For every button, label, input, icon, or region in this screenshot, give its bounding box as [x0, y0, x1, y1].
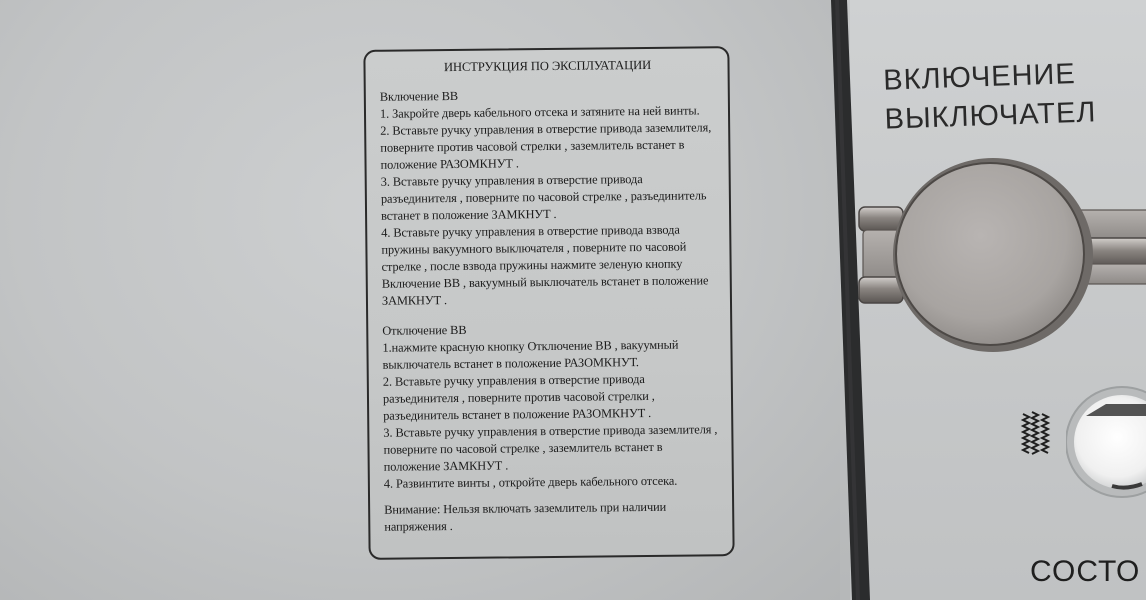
step: 3. Вставьте ручку управления в отверстие…: [383, 421, 720, 476]
step: 4. Вставьте ручку управления в отверстие…: [381, 221, 718, 310]
status-label: СОСТО: [1030, 555, 1140, 589]
step: 3. Вставьте ручку управления в отверстие…: [381, 170, 718, 225]
step: 1.нажмите красную кнопку Отключение ВВ ,…: [382, 336, 718, 374]
breaker-heading: ВКЛЮЧЕНИЕ ВЫКЛЮЧАТЕЛ: [883, 54, 1097, 139]
step: 2. Вставьте ручку управления в отверстие…: [380, 119, 717, 174]
status-indicator-window-icon: [1066, 386, 1146, 498]
step: 2. Вставьте ручку управления в отверстие…: [383, 370, 720, 425]
section-switch-on: Включение ВВ 1. Закройте дверь кабельног…: [380, 85, 718, 310]
spring-symbol-icon: [1020, 408, 1054, 460]
label-title: ИНСТРУКЦИЯ ПО ЭКСПЛУАТАЦИИ: [379, 56, 715, 77]
heading-line-2: ВЫКЛЮЧАТЕЛ: [884, 93, 1097, 139]
instruction-label: ИНСТРУКЦИЯ ПО ЭКСПЛУАТАЦИИ Включение ВВ …: [363, 46, 734, 560]
hinged-cover-icon[interactable]: [855, 150, 1146, 365]
section-switch-off: Отключение ВВ 1.нажмите красную кнопку О…: [382, 319, 720, 493]
warning-note: Внимание: Нельзя включать заземлитель пр…: [384, 498, 720, 536]
step: 4. Развинтите винты , откройте дверь каб…: [384, 472, 720, 493]
